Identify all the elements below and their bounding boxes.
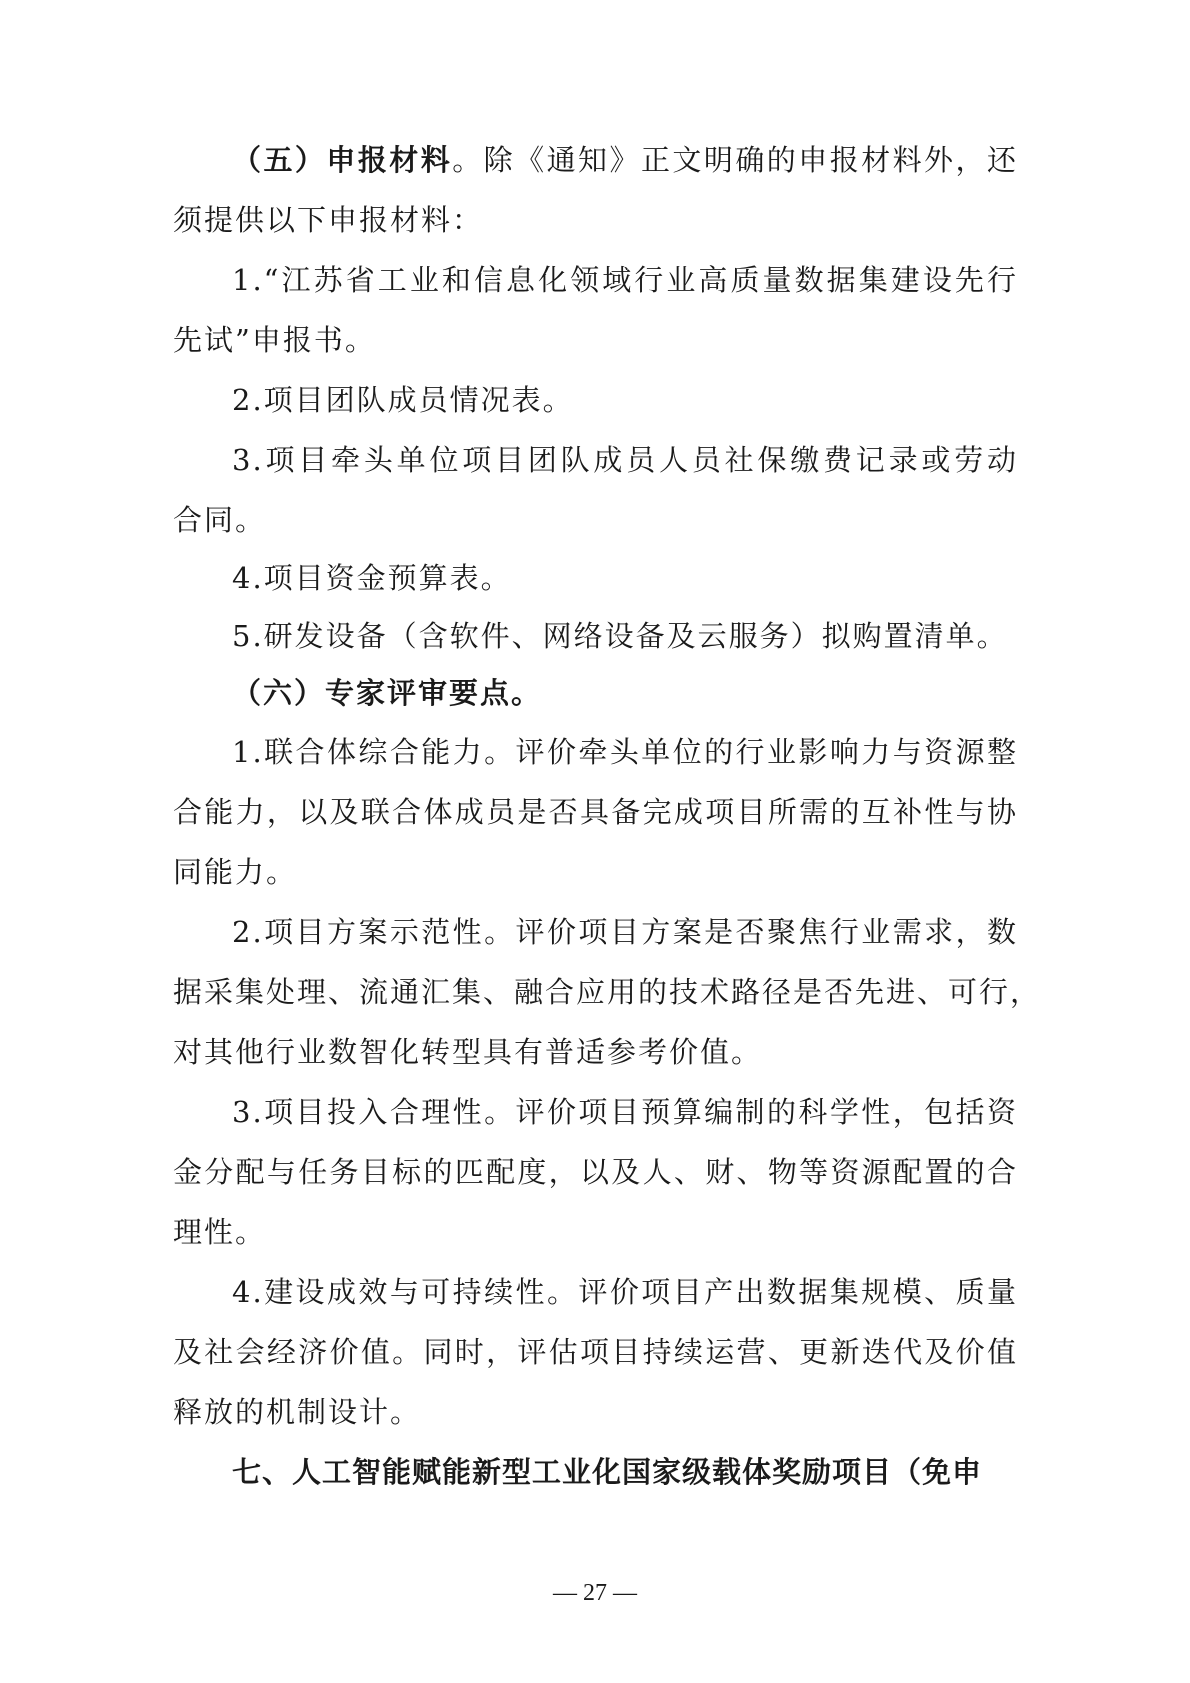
text-line: 据采集处理、流通汇集、融合应用的技术路径是否先进、可行， (173, 972, 1018, 1012)
text-line: 对其他行业数智化转型具有普适参考价值。 (173, 1032, 1018, 1072)
text-line: 合同。 (173, 500, 1018, 540)
body-text: 2.项目团队成员情况表。 (232, 383, 574, 417)
text-line: 释放的机制设计。 (173, 1392, 1018, 1432)
text-line: 须提供以下申报材料： (173, 200, 1018, 240)
text-line: 合能力，以及联合体成员是否具备完成项目所需的互补性与协 (173, 792, 1018, 832)
text-line: （五）申报材料。除《通知》正文明确的申报材料外，还 (232, 140, 1018, 180)
body-text: 据采集处理、流通汇集、融合应用的技术路径是否先进、可行， (173, 975, 1041, 1009)
text-line: 4.建设成效与可持续性。评价项目产出数据集规模、质量 (232, 1272, 1018, 1312)
body-text: 4.项目资金预算表。 (232, 561, 512, 595)
body-text: 须提供以下申报材料： (173, 203, 483, 237)
body-text: 1.“江苏省工业和信息化领域行业高质量数据集建设先行 (232, 263, 1018, 297)
body-text: 3.项目投入合理性。评价项目预算编制的科学性，包括资 (232, 1095, 1018, 1129)
body-text: 1.联合体综合能力。评价牵头单位的行业影响力与资源整 (232, 735, 1018, 769)
text-line: （六）专家评审要点。 (232, 673, 1018, 713)
body-text: 2.项目方案示范性。评价项目方案是否聚焦行业需求，数 (232, 915, 1018, 949)
body-text: 合同。 (173, 503, 266, 537)
page-number: — 27 — (0, 1578, 1190, 1608)
text-line: 先试”申报书。 (173, 320, 1018, 360)
bold-heading-text: （六）专家评审要点。 (232, 676, 542, 710)
body-text: 及社会经济价值。同时，评估项目持续运营、更新迭代及价值 (173, 1335, 1018, 1369)
body-text: 3.项目牵头单位项目团队成员人员社保缴费记录或劳动 (232, 443, 1018, 477)
text-line: 1.“江苏省工业和信息化领域行业高质量数据集建设先行 (232, 260, 1018, 300)
text-line: 5.研发设备（含软件、网络设备及云服务）拟购置清单。 (232, 616, 1018, 656)
text-line: 及社会经济价值。同时，评估项目持续运营、更新迭代及价值 (173, 1332, 1018, 1372)
text-line: 同能力。 (173, 852, 1018, 892)
body-text: 先试”申报书。 (173, 323, 376, 357)
body-text: 释放的机制设计。 (173, 1395, 421, 1429)
text-line: 2.项目方案示范性。评价项目方案是否聚焦行业需求，数 (232, 912, 1018, 952)
body-text: 对其他行业数智化转型具有普适参考价值。 (173, 1035, 762, 1069)
body-text: 同能力。 (173, 855, 297, 889)
text-line: 金分配与任务目标的匹配度，以及人、财、物等资源配置的合 (173, 1152, 1018, 1192)
text-line: 3.项目投入合理性。评价项目预算编制的科学性，包括资 (232, 1092, 1018, 1132)
bold-heading-text: （五）申报材料 (232, 143, 452, 177)
body-text: 理性。 (173, 1215, 266, 1249)
body-text: 金分配与任务目标的匹配度，以及人、财、物等资源配置的合 (173, 1155, 1018, 1189)
text-line: 2.项目团队成员情况表。 (232, 380, 1018, 420)
text-line: 理性。 (173, 1212, 1018, 1252)
text-line: 1.联合体综合能力。评价牵头单位的行业影响力与资源整 (232, 732, 1018, 772)
text-line: 3.项目牵头单位项目团队成员人员社保缴费记录或劳动 (232, 440, 1018, 480)
body-text: 4.建设成效与可持续性。评价项目产出数据集规模、质量 (232, 1275, 1018, 1309)
body-text: 合能力，以及联合体成员是否具备完成项目所需的互补性与协 (173, 795, 1018, 829)
body-text: 。除《通知》正文明确的申报材料外，还 (452, 143, 1018, 177)
document-page: （五）申报材料。除《通知》正文明确的申报材料外，还须提供以下申报材料：1.“江苏… (0, 0, 1190, 1683)
section-heading: 七、人工智能赋能新型工业化国家级载体奖励项目（免申 (232, 1452, 1018, 1492)
text-line: 4.项目资金预算表。 (232, 558, 1018, 598)
body-text: 5.研发设备（含软件、网络设备及云服务）拟购置清单。 (232, 619, 1008, 653)
